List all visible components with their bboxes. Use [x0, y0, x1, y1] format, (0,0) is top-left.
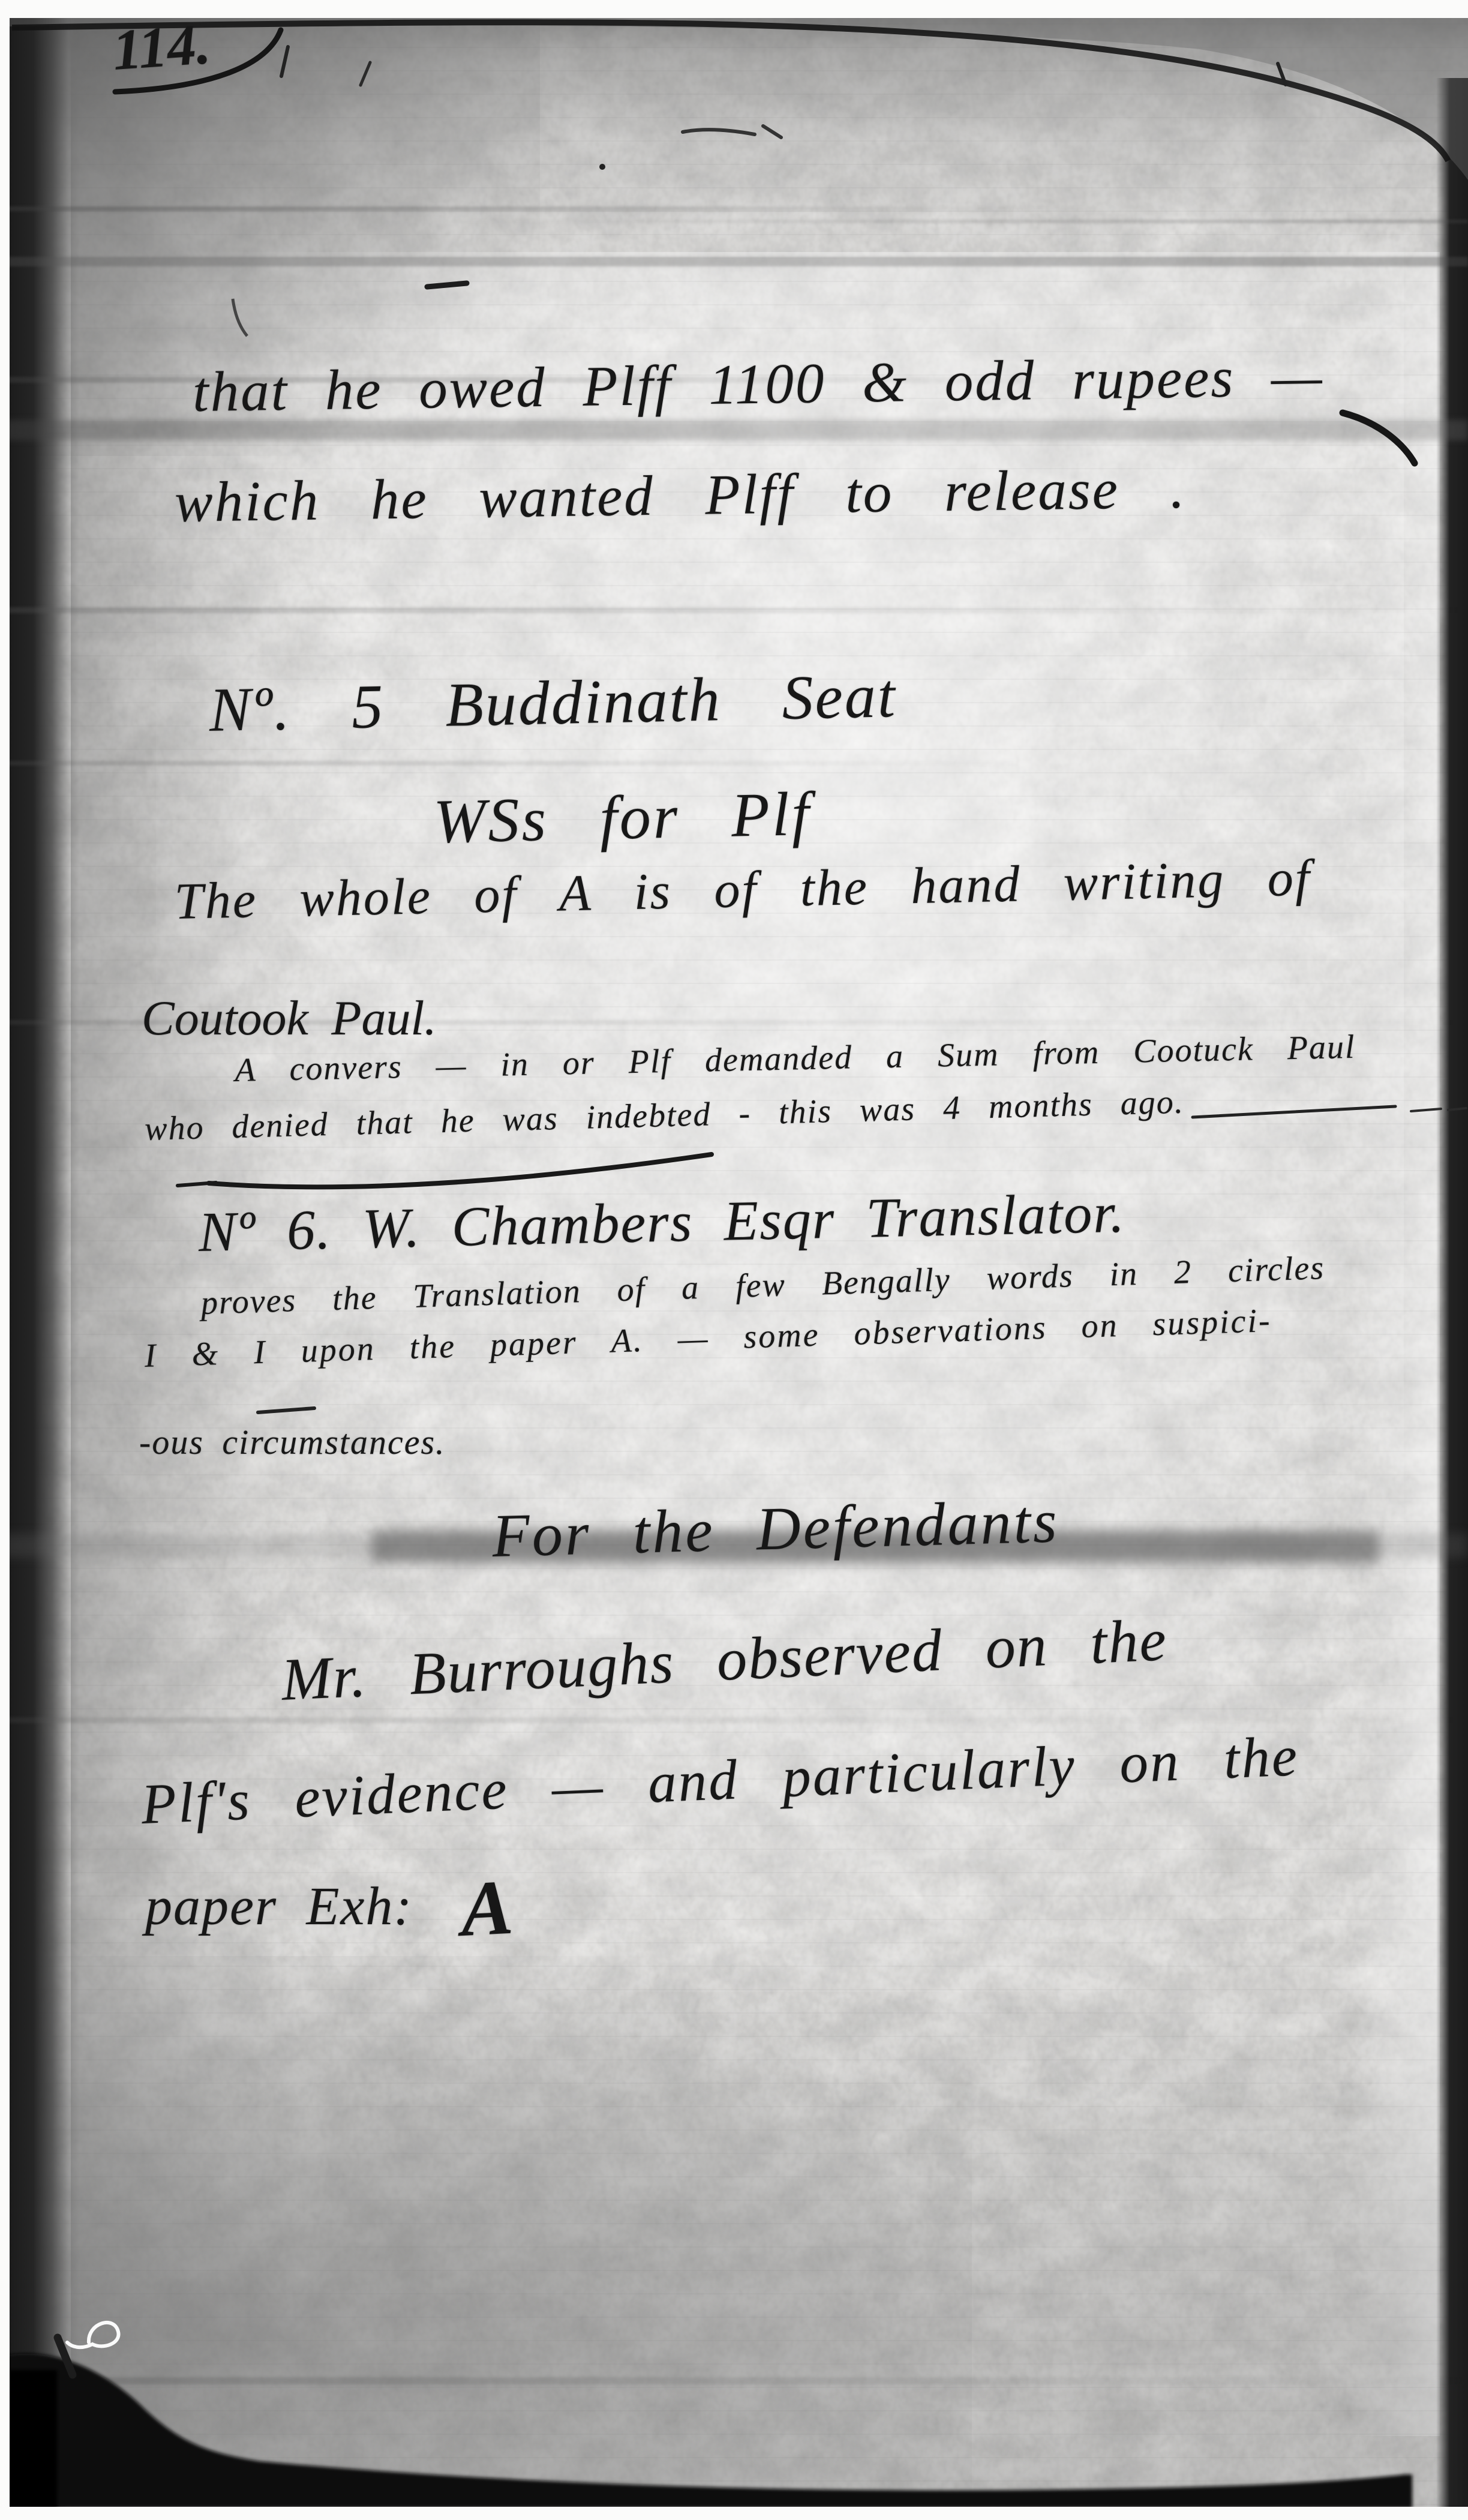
paper-grain-texture: [0, 0, 1468, 2520]
scan-streak: [0, 1717, 1468, 1723]
ink-marks: [0, 0, 1468, 2520]
exhibit-a-letter: A: [458, 1862, 515, 1955]
scan-frame-bottom: [0, 2507, 1468, 2520]
handwritten-line: Plf's evidence — and particularly on the: [140, 1723, 1300, 1837]
top-page-edge-shade: [10, 18, 1468, 180]
handwritten-line-small: who denied that he was indebted - this w…: [144, 1083, 1184, 1148]
scan-streak: [0, 257, 1468, 266]
handwritten-line: which he wanted Plff to release .: [174, 455, 1187, 535]
handwritten-line: paper Exh:: [145, 1876, 413, 1937]
scanline-texture: [0, 0, 1468, 2520]
underline-dash: [1411, 1109, 1441, 1111]
stray-scratch: [233, 299, 247, 336]
ink-smudge-band: [372, 1530, 1380, 1564]
left-mottle-fade: [71, 0, 299, 2520]
page-number-flourish: [115, 30, 281, 92]
dark-dash-mark: [58, 2338, 73, 2375]
scan-streak: [0, 420, 1468, 440]
handwritten-line: that he owed Plff 1100 & odd rupees —: [192, 343, 1324, 425]
scan-streak: [0, 1020, 1468, 1025]
scan-streak: [0, 220, 1468, 223]
stray-scribble: [683, 126, 781, 137]
stray-tick: [361, 62, 370, 85]
top-left-shadow: [0, 0, 540, 456]
stray-dash: [427, 283, 467, 287]
ink-dot: [599, 164, 605, 170]
handwritten-line: Coutook Paul.: [142, 990, 437, 1046]
handwritten-line-exhibit-5-heading: Nº. 5 Buddinath Seat: [209, 660, 897, 746]
underline-dash: [1448, 1108, 1466, 1110]
handwritten-line: The whole of A is of the hand writing of: [174, 847, 1312, 931]
white-curl-mark: [67, 2323, 119, 2347]
scan-frame-left: [0, 0, 10, 2520]
handwritten-line: WSs for Plf: [433, 778, 812, 857]
scan-streak: [0, 206, 1468, 211]
underline-indebted-swoosh: [209, 1154, 712, 1187]
right-gutter-highlight: [1350, 252, 1440, 2436]
handwritten-line-small: proves the Translation of a few Bengally…: [200, 1249, 1325, 1322]
right-binding-edge: [1436, 78, 1468, 2508]
underline-tail: [178, 1183, 216, 1186]
scan-streak: [0, 607, 1468, 613]
underline-cootuck-paul: [1193, 1106, 1395, 1117]
handwritten-line-exhibit-6-heading: Nº 6. W. Chambers Esqr Translator.: [198, 1181, 1126, 1265]
bottom-mottle-gradient: [0, 1968, 1468, 2508]
handwritten-line: Mr. Burroughs observed on the: [280, 1605, 1169, 1714]
stray-tick: [281, 47, 288, 76]
top-page-edge-curve: [12, 22, 1448, 161]
bottom-left-damage: [0, 2370, 57, 2509]
manuscript-scan-page: 114. that he owed Plff 1100 & odd rupees…: [0, 0, 1468, 2520]
paper-mottle-texture: [0, 0, 1468, 2520]
scan-streak: [0, 377, 1468, 383]
handwritten-line-defendants-heading: For the Defendants: [491, 1486, 1060, 1571]
scan-frame-top: [0, 0, 1468, 18]
page-center-highlight: [156, 252, 1404, 1992]
handwritten-line-small: A convers — in or Plf demanded a Sum fro…: [235, 1028, 1356, 1090]
left-page-edge: [0, 0, 79, 2520]
rupees-dash-swash: [1343, 413, 1415, 463]
bottom-left-mottle: [0, 1956, 972, 2520]
scan-streak: [0, 761, 1468, 766]
handwritten-line-small: I & I upon the paper A. — some observati…: [144, 1301, 1272, 1375]
page-number: 114.: [110, 10, 212, 83]
scan-streak: [0, 2377, 1468, 2384]
handwritten-line-small: -ous circumstances.: [139, 1422, 446, 1462]
stray-tick: [1278, 64, 1286, 85]
bottom-edge-damage: [0, 2354, 1412, 2508]
top-shadow-band: [0, 0, 1468, 336]
stray-dash: [258, 1408, 314, 1412]
ink-smudge-band-wide: [0, 1534, 1468, 1558]
